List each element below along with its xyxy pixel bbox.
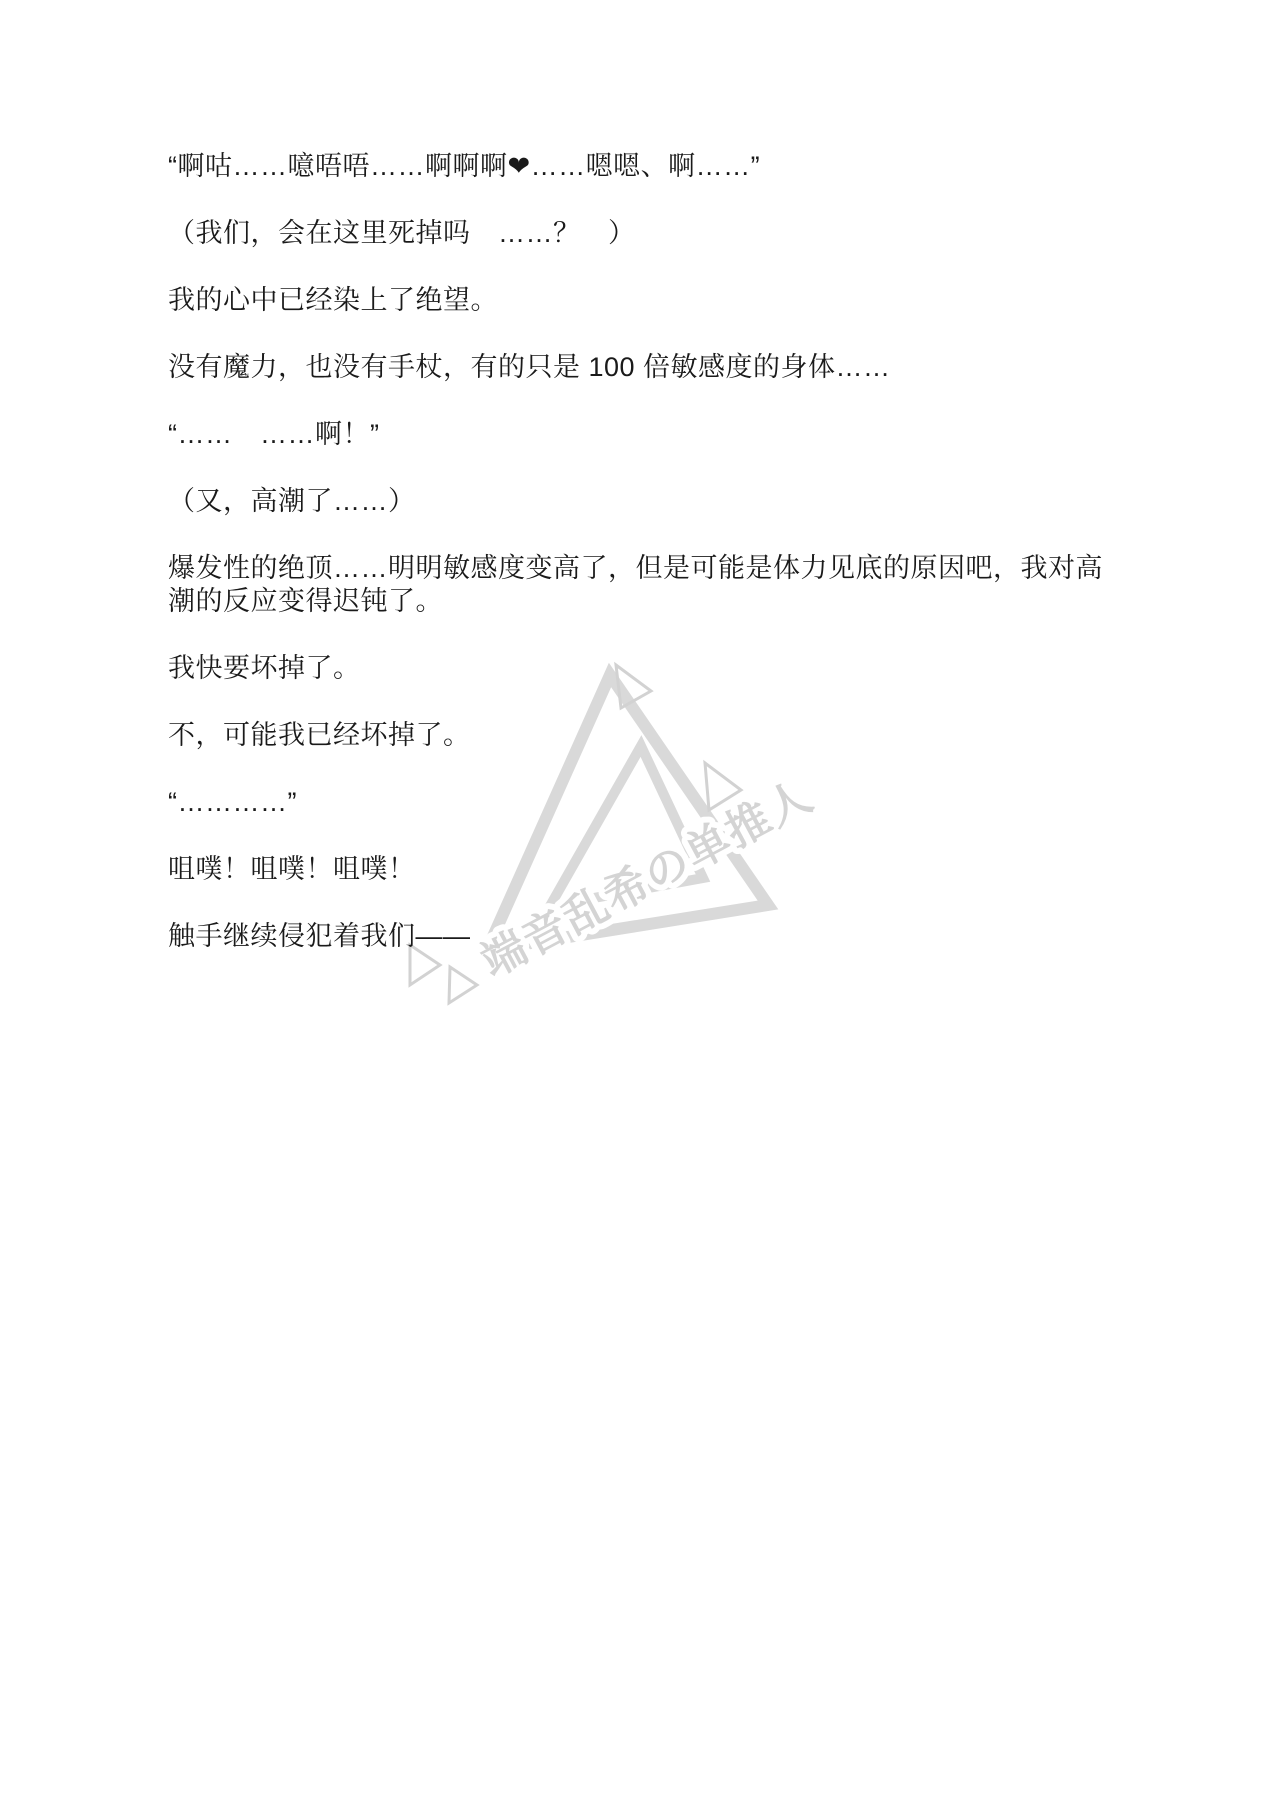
- paragraph-line: 触手继续侵犯着我们——: [168, 920, 1120, 953]
- watermark-triangle-small-bottomleft-2: [449, 967, 477, 1003]
- paragraph-line: 我快要坏掉了。: [168, 652, 1120, 685]
- paragraph-line: “…………”: [168, 786, 1120, 819]
- paragraph-line: （又，高潮了……）: [168, 485, 1120, 518]
- document-text: “啊咕……噫唔唔……啊啊啊❤……嗯嗯、啊……”（我们，会在这里死掉吗 ……？ ）…: [0, 0, 1280, 953]
- paragraph-line: 咀噗！咀噗！咀噗！: [168, 853, 1120, 886]
- paragraph-line: （我们，会在这里死掉吗 ……？ ）: [168, 217, 1120, 250]
- paragraph-line: “…… ……啊！”: [168, 418, 1120, 451]
- paragraph-line: 我的心中已经染上了绝望。: [168, 284, 1120, 317]
- paragraph-line: 不，可能我已经坏掉了。: [168, 719, 1120, 752]
- paragraph-line: 爆发性的绝顶……明明敏感度变高了，但是可能是体力见底的原因吧，我对高潮的反应变得…: [168, 552, 1120, 618]
- paragraph-line: “啊咕……噫唔唔……啊啊啊❤……嗯嗯、啊……”: [168, 150, 1120, 183]
- paragraph-line: 没有魔力，也没有手杖，有的只是 100 倍敏感度的身体……: [168, 351, 1120, 384]
